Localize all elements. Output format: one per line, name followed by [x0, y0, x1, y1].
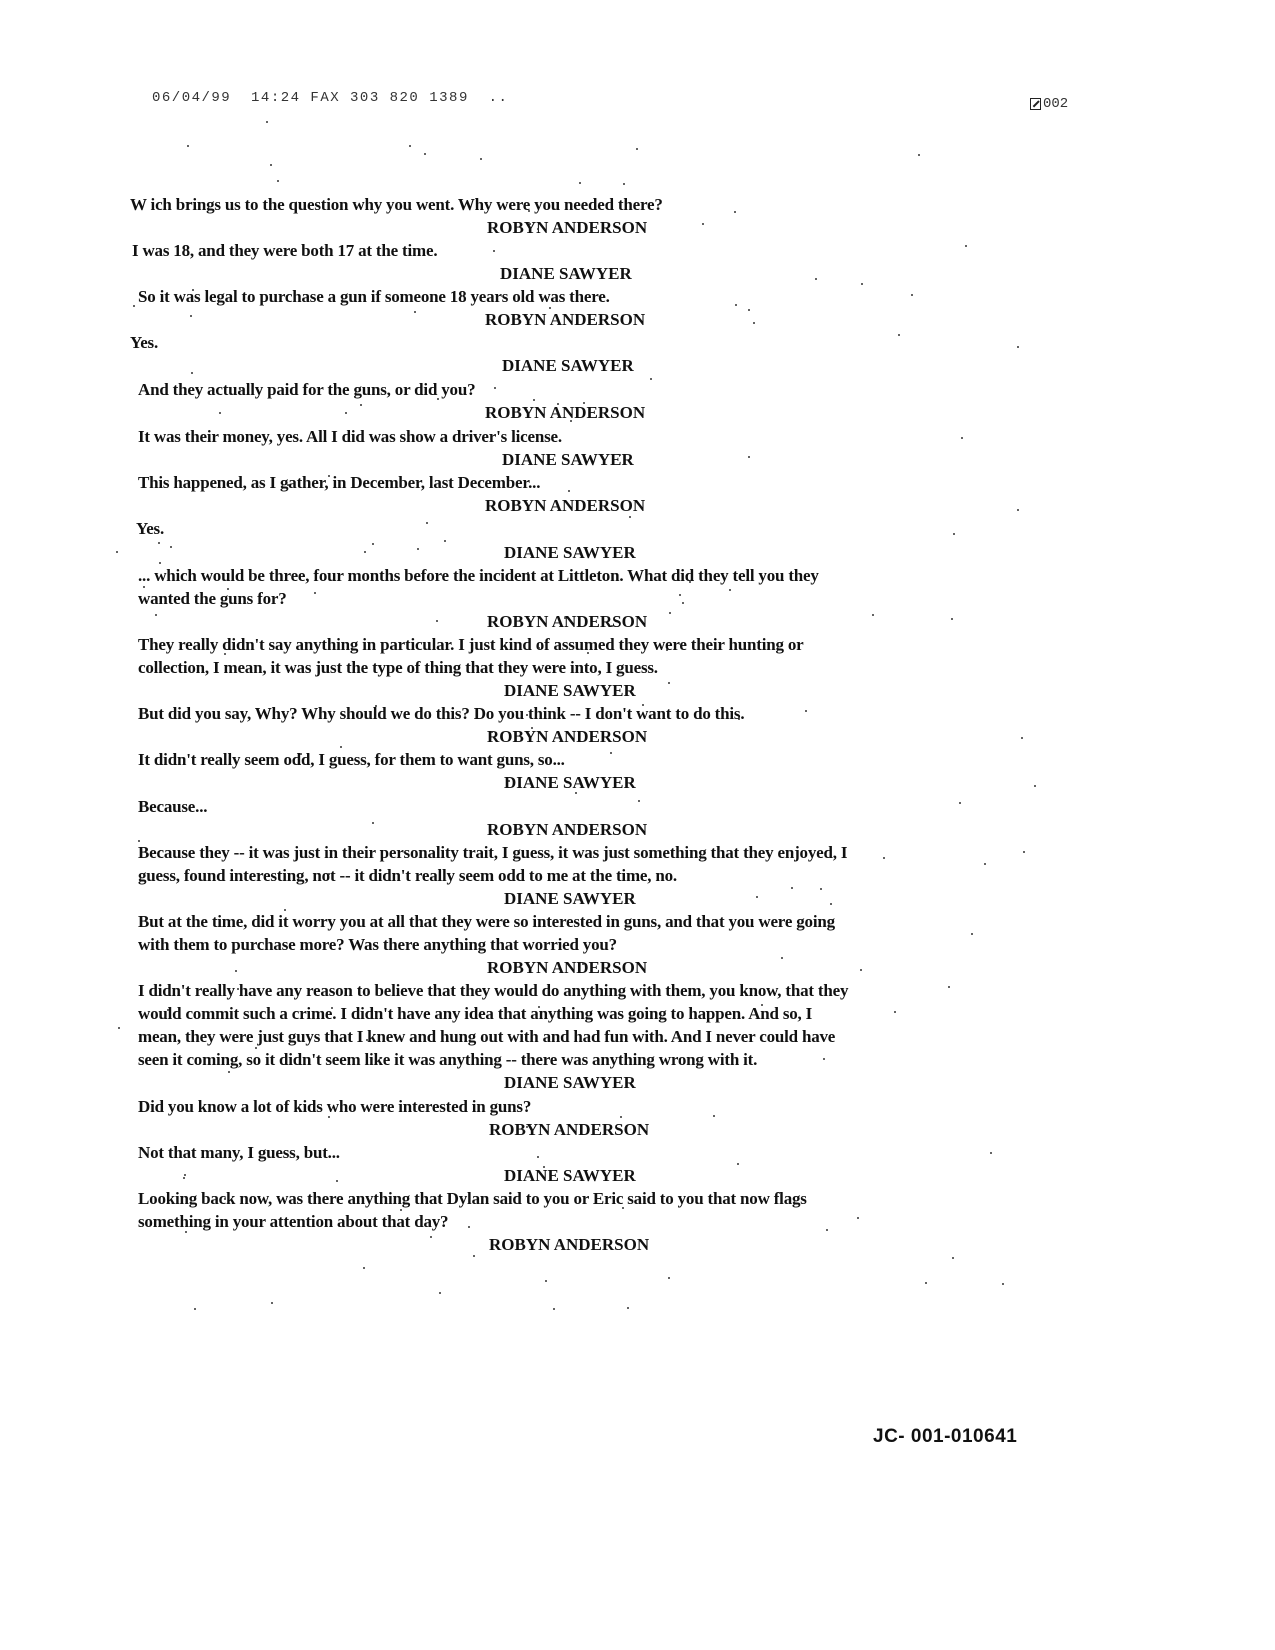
transcript-line: But at the time, did it worry you at all…: [138, 911, 835, 933]
transcript-line: Looking back now, was there anything tha…: [138, 1188, 807, 1210]
speaker-label: DIANE SAWYER: [504, 1072, 636, 1094]
fax-page-number: 002: [1030, 96, 1068, 112]
speaker-label: DIANE SAWYER: [500, 263, 632, 285]
transcript-line: So it was legal to purchase a gun if som…: [138, 286, 610, 308]
speaker-label: DIANE SAWYER: [504, 542, 636, 564]
transcript-line: I didn't really have any reason to belie…: [138, 980, 848, 1002]
speaker-label: DIANE SAWYER: [504, 1165, 636, 1187]
transcript-line: seen it coming, so it didn't seem like i…: [138, 1049, 757, 1071]
transcript-line: Yes.: [130, 332, 158, 354]
speaker-label: ROBYN ANDERSON: [485, 309, 645, 331]
fax-page-icon: [1030, 98, 1041, 110]
transcript-line: It didn't really seem odd, I guess, for …: [138, 749, 565, 771]
fax-page-number-text: 002: [1043, 96, 1068, 112]
speaker-label: DIANE SAWYER: [504, 680, 636, 702]
speaker-label: ROBYN ANDERSON: [487, 957, 647, 979]
fax-header: 06/04/99 14:24 FAX 303 820 1389 ..: [152, 90, 508, 106]
speaker-label: ROBYN ANDERSON: [489, 1119, 649, 1141]
speaker-label: DIANE SAWYER: [502, 355, 634, 377]
speaker-label: DIANE SAWYER: [504, 772, 636, 794]
transcript-line: They really didn't say anything in parti…: [138, 634, 803, 656]
speaker-label: ROBYN ANDERSON: [489, 1234, 649, 1256]
transcript-line: But did you say, Why? Why should we do t…: [138, 703, 744, 725]
speaker-label: ROBYN ANDERSON: [487, 819, 647, 841]
transcript-line: guess, found interesting, not -- it didn…: [138, 865, 677, 887]
speaker-label: ROBYN ANDERSON: [485, 495, 645, 517]
transcript-line: Yes.: [136, 518, 164, 540]
transcript-line: It was their money, yes. All I did was s…: [138, 426, 562, 448]
transcript-line: Because...: [138, 796, 207, 818]
speaker-label: DIANE SAWYER: [504, 888, 636, 910]
transcript-line: Not that many, I guess, but...: [138, 1142, 340, 1164]
transcript-line: Because they -- it was just in their per…: [138, 842, 847, 864]
speaker-label: ROBYN ANDERSON: [487, 217, 647, 239]
transcript-line: I was 18, and they were both 17 at the t…: [132, 240, 437, 262]
transcript-line: W ich brings us to the question why you …: [130, 194, 663, 216]
transcript-line: collection, I mean, it was just the type…: [138, 657, 658, 679]
speaker-label: ROBYN ANDERSON: [485, 402, 645, 424]
speaker-label: DIANE SAWYER: [502, 449, 634, 471]
transcript-line: ... which would be three, four months be…: [138, 565, 819, 587]
transcript-line: mean, they were just guys that I knew an…: [138, 1026, 835, 1048]
transcript-line: would commit such a crime. I didn't have…: [138, 1003, 812, 1025]
speaker-label: ROBYN ANDERSON: [487, 726, 647, 748]
transcript-line: with them to purchase more? Was there an…: [138, 934, 617, 956]
transcript-line: This happened, as I gather, in December,…: [138, 472, 540, 494]
speaker-label: ROBYN ANDERSON: [487, 611, 647, 633]
transcript-line: Did you know a lot of kids who were inte…: [138, 1096, 531, 1118]
transcript-line: And they actually paid for the guns, or …: [138, 379, 475, 401]
transcript-line: something in your attention about that d…: [138, 1211, 448, 1233]
bates-number: JC- 001-010641: [873, 1426, 1017, 1448]
transcript-line: wanted the guns for?: [138, 588, 287, 610]
